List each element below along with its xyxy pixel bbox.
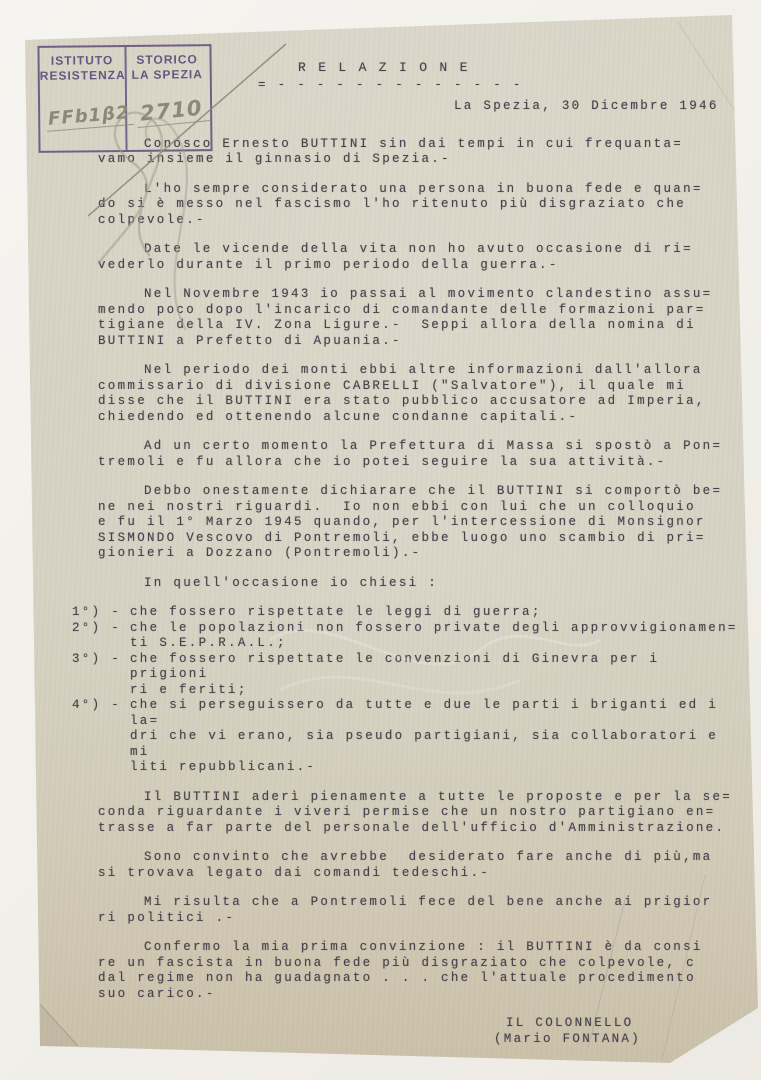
list-item: 4°) - che si perseguissero da tutte e du… bbox=[72, 698, 741, 776]
paragraph: L'ho sempre considerato una persona in b… bbox=[98, 182, 741, 229]
list-item-number: 4°) - bbox=[72, 698, 130, 714]
signature-role: IL COLONNELLO bbox=[494, 1016, 741, 1032]
list-item: 2°) - che le popolazioni non fossero pri… bbox=[72, 621, 741, 652]
document-paper: R E L A Z I O N E = - - - - - - - - - - … bbox=[0, 0, 761, 1080]
paragraph: Confermo la mia prima convinzione : il B… bbox=[98, 940, 741, 1002]
list-item-text: che si perseguissero da tutte e due le p… bbox=[130, 698, 741, 776]
stamp-right-cell: STORICOLA SPEZIA bbox=[124, 46, 209, 83]
paragraph: Nel Novembre 1943 io passai al movimento… bbox=[98, 287, 741, 349]
paragraph: In quell'occasione io chiesi : bbox=[98, 576, 741, 592]
list-item-text: che fossero rispettate le leggi di guerr… bbox=[130, 605, 542, 621]
list-item-number: 3°) - bbox=[72, 652, 130, 668]
paragraph: Il BUTTINI aderì pienamente a tutte le p… bbox=[98, 790, 741, 837]
paragraph: Ad un certo momento la Prefettura di Mas… bbox=[98, 439, 741, 470]
handwritten-catalog-number: 2710 bbox=[135, 95, 212, 128]
paragraphs-before-list: Conosco Ernesto BUTTINI sin dai tempi in… bbox=[98, 137, 741, 592]
paragraph: Nel periodo dei monti ebbi altre informa… bbox=[98, 363, 741, 425]
handwritten-catalog-code: FFb1β2 bbox=[45, 102, 134, 132]
paragraphs-after-list: Il BUTTINI aderì pienamente a tutte le p… bbox=[98, 790, 741, 1003]
paragraph: Mi risulta che a Pontremoli fece del ben… bbox=[98, 895, 741, 926]
list-item-number: 2°) - bbox=[72, 621, 130, 637]
archive-stamp: ISTITUTORESISTENZA STORICOLA SPEZIA FFb1… bbox=[37, 44, 212, 153]
document-body: R E L A Z I O N E = - - - - - - - - - - … bbox=[0, 0, 761, 1047]
stamp-left-cell: ISTITUTORESISTENZA bbox=[39, 47, 124, 84]
list-item: 3°) - che fossero rispettate le convenzi… bbox=[72, 652, 741, 699]
dateline: La Spezia, 30 Dicembre 1946 bbox=[454, 99, 741, 115]
list-item: 1°) - che fossero rispettate le leggi di… bbox=[72, 605, 741, 621]
list-item-number: 1°) - bbox=[72, 605, 130, 621]
title-underline: = - - - - - - - - - - - - - bbox=[258, 78, 741, 94]
document-title: R E L A Z I O N E bbox=[298, 60, 741, 76]
demand-list: 1°) - che fossero rispettate le leggi di… bbox=[72, 605, 741, 776]
paragraph: Debbo onestamente dichiarare che il BUTT… bbox=[98, 484, 741, 562]
list-item-text: che le popolazioni non fossero private d… bbox=[130, 621, 738, 652]
list-item-text: che fossero rispettate le convenzioni di… bbox=[130, 652, 741, 699]
paragraph: Date le vicende della vita non ho avuto … bbox=[98, 242, 741, 273]
paragraph: Sono convinto che avrebbe desiderato far… bbox=[98, 850, 741, 881]
